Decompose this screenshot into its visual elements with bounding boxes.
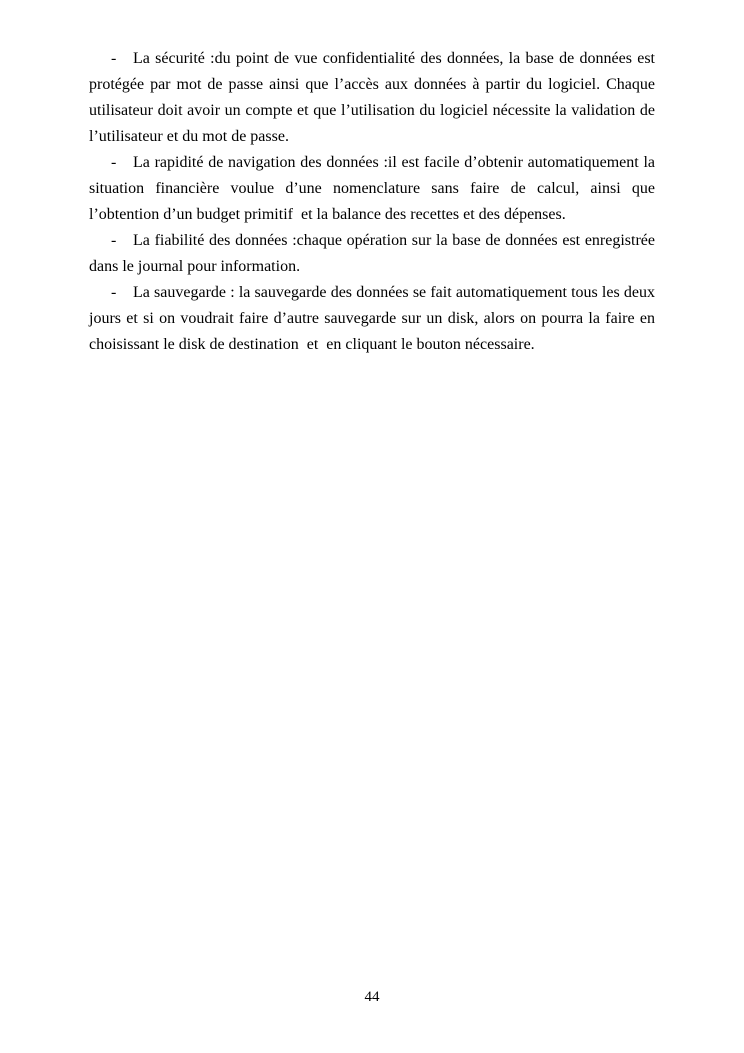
body-text-block: -La sécurité :du point de vue confidenti… [89,46,655,358]
list-item: -La sécurité :du point de vue confidenti… [89,46,655,150]
document-page: -La sécurité :du point de vue confidenti… [0,0,744,1053]
list-item-text: La rapidité de navigation des données :i… [89,154,659,223]
dash-bullet: - [111,280,133,306]
dash-bullet: - [111,150,133,176]
list-item-text: La fiabilité des données :chaque opérati… [89,232,659,275]
list-item-text: La sécurité :du point de vue confidentia… [89,50,659,145]
list-item: -La sauvegarde : la sauvegarde des donné… [89,280,655,358]
dash-bullet: - [111,228,133,254]
list-item-text: La sauvegarde : la sauvegarde des donnée… [89,284,659,353]
list-item: -La fiabilité des données :chaque opérat… [89,228,655,280]
dash-bullet: - [111,46,133,72]
list-item: -La rapidité de navigation des données :… [89,150,655,228]
page-number: 44 [0,988,744,1006]
